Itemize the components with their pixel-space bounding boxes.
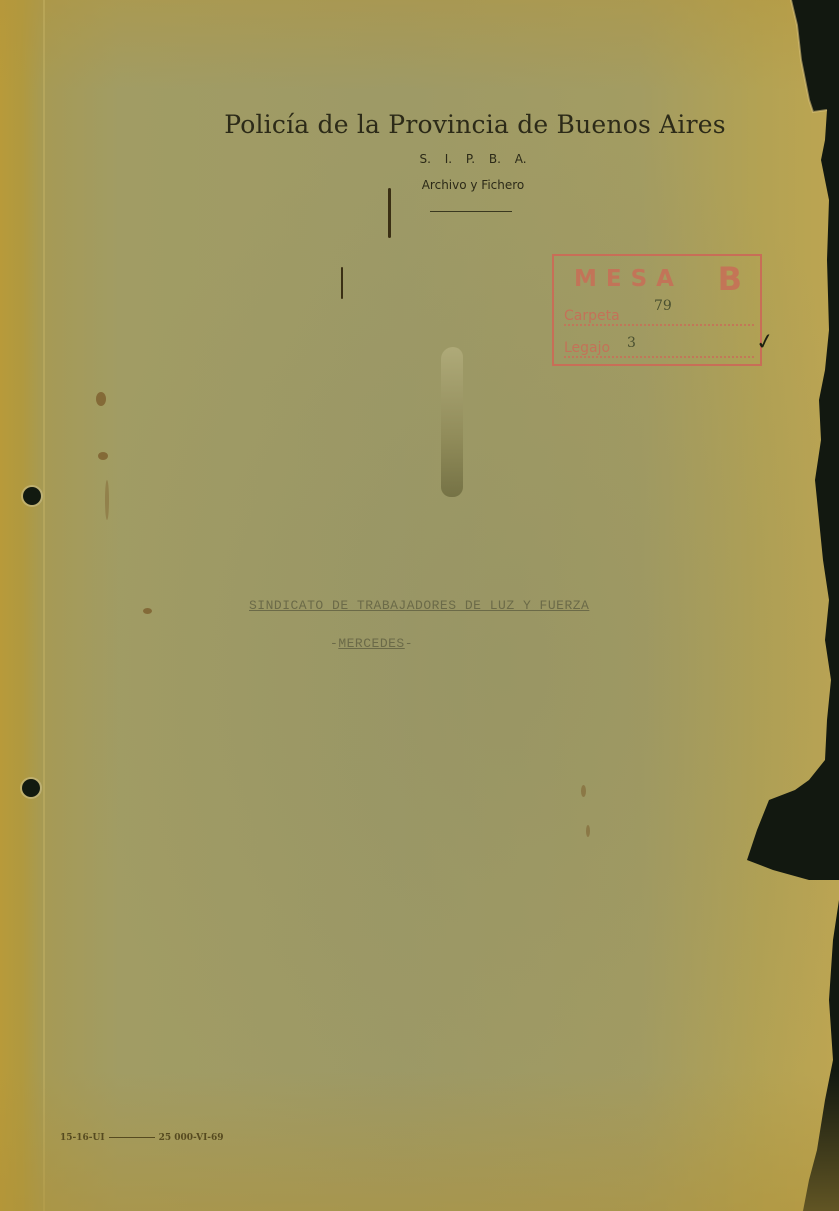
rust-speck [586,825,590,837]
stamp-legajo-row: Legajo 3 [564,340,754,358]
pencil-mark [341,267,343,299]
rust-speck [96,392,106,406]
form-code: 15-16-UI25 000-VI-69 [60,1133,224,1143]
legajo-label: Legajo [564,340,610,356]
punch-hole [23,487,41,505]
pencil-mark [388,188,391,238]
carpeta-label: Carpeta [564,308,620,324]
legajo-value: 3 [627,335,636,351]
header-title: Policía de la Provincia de Buenos Aires [0,110,839,139]
stamp-carpeta-row: Carpeta 79 [564,308,754,326]
water-stain [441,347,463,497]
torn-edge [729,0,839,1211]
rust-speck [143,608,152,614]
rust-speck [98,452,108,460]
punch-hole [22,779,40,797]
carpeta-value: 79 [654,298,672,314]
document-page: Policía de la Provincia de Buenos Aires … [0,0,839,1211]
form-code-left: 15-16-UI [60,1133,105,1143]
header-rule [430,211,512,212]
header-department: Archivo y Fichero [373,178,573,192]
rust-speck [581,785,586,797]
header-abbreviation: S. I. P. B. A. [373,152,573,166]
typed-organization: SINDICATO DE TRABAJADORES DE LUZ Y FUERZ… [249,598,589,613]
rust-speck [105,480,109,520]
location-suffix: - [405,636,413,651]
form-code-right: 25 000-VI-69 [159,1133,224,1143]
form-code-dash [109,1137,155,1138]
typed-location: -MERCEDES- [330,636,413,651]
fold-line [43,0,45,1211]
stamp-title: MESA [574,266,683,292]
location-name: MERCEDES [338,636,404,651]
